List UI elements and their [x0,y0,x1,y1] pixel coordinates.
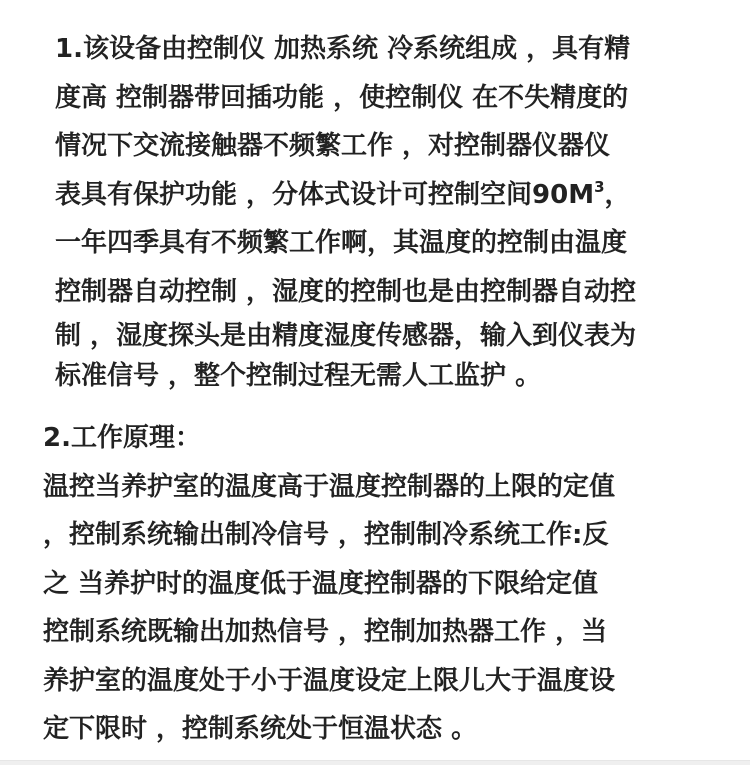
text-segment: 表具有保护功能 ，分体式设计可控制空间90M [55,180,594,210]
text-line: 1.该设备由控制仪 加热系统 冷系统组成 ，具有精 [55,25,636,74]
section-2-working-principle: 2.工作原理： 温控当养护室的温度高于温度控制器的上限的定值 ，控制系统输出制冷… [43,414,615,754]
text-line: 温控当养护室的温度高于温度控制器的上限的定值 [43,463,615,512]
text-line: 制 ，湿度探头是由精度湿度传感器，输入到仪表为 [55,316,636,356]
text-line: 情况下交流接触器不频繁工作 ，对控制器仪器仪 [55,122,636,171]
bottom-divider [0,760,750,765]
text-line: 标准信号 ，整个控制过程无需人工监护 。 [55,356,636,396]
section-1-description: 1.该设备由控制仪 加热系统 冷系统组成 ，具有精 度高 控制器带回插功能 ，使… [55,25,636,396]
text-line: 养护室的温度处于小于温度设定上限儿大于温度设 [43,657,615,706]
text-line: 一年四季具有不频繁工作啊，其温度的控制由温度 [55,219,636,268]
section-heading: 2.工作原理： [43,414,615,463]
text-line-with-superscript: 表具有保护功能 ，分体式设计可控制空间90M3， [55,171,636,220]
text-line: 定下限时 ，控制系统处于恒温状态 。 [43,705,615,754]
text-line: 之 当养护时的温度低于温度控制器的下限给定值 [43,560,615,609]
text-segment: ， [605,180,631,210]
text-line: 控制系统既输出加热信号 ，控制加热器工作 ，当 [43,608,615,657]
superscript: 3 [594,178,604,196]
text-line: ，控制系统输出制冷信号 ，控制制冷系统工作:反 [43,511,615,560]
text-line: 度高 控制器带回插功能 ，使控制仪 在不失精度的 [55,74,636,123]
text-line: 控制器自动控制 ，湿度的控制也是由控制器自动控 [55,268,636,317]
